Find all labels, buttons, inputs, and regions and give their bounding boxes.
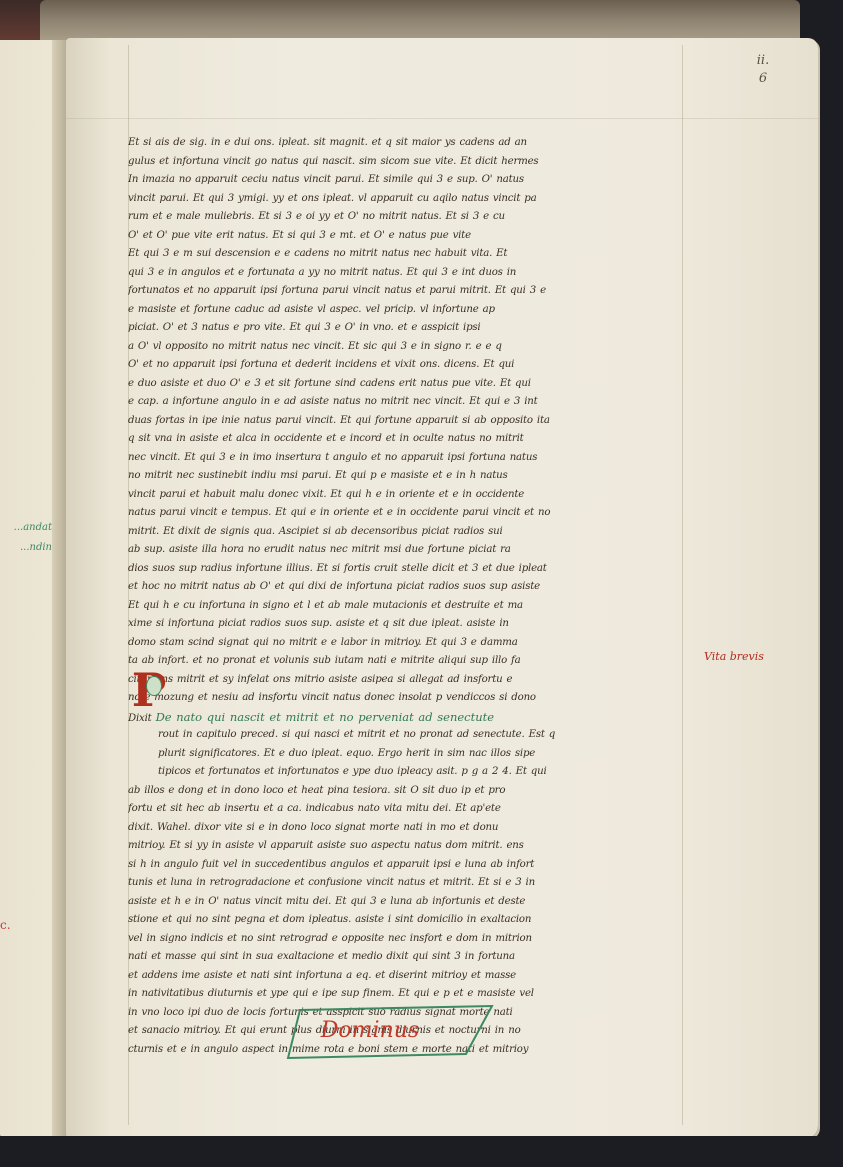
initial-bowl-green	[146, 676, 162, 696]
text-line: tipicos et fortunatos et infortunatos e …	[128, 763, 680, 782]
background-bottom	[0, 1136, 843, 1167]
text-line: Et qui 3 e m sui descension e e cadens n…	[128, 245, 680, 264]
text-line: fortunatos et no apparuit ipsi fortuna p…	[128, 282, 680, 301]
text-line: Et si ais de sig. in e dui ons. ipleat. …	[128, 134, 680, 153]
text-line: rum et e male muliebris. Et si 3 e oi yy…	[128, 208, 680, 227]
text-line: duas fortas in ipe inie natus parui vinc…	[128, 412, 680, 431]
text-line: vincit parui. Et qui 3 ymigi. yy et ons …	[128, 190, 680, 209]
text-line: e duo asiste et duo O' e 3 et sit fortun…	[128, 375, 680, 394]
text-line: asiste et h e in O' natus vincit mitu de…	[128, 893, 680, 912]
text-line: ta ab infort. et no pronat et volunis su…	[128, 652, 680, 671]
text-line: qui 3 e in angulos et e fortunata a yy n…	[128, 264, 680, 283]
folio-line-2: 6	[748, 70, 778, 88]
text-line: rout in capitulo preced. si qui nasci et…	[128, 726, 680, 745]
text-line: ab illos e dong et in dono loco et heat …	[128, 782, 680, 801]
text-line: et hoc no mitrit natus ab O' et qui dixi…	[128, 578, 680, 597]
folio-line-1: ii.	[748, 52, 778, 70]
left-note-line-2: ...ndin	[0, 538, 52, 558]
text-line: citur ons mitrit et sy infelat ons mitri…	[128, 671, 680, 690]
left-note-line-1: ...andat	[0, 518, 52, 538]
catchword: Dominus	[300, 1018, 440, 1043]
text-line: in nativitatibus diuturnis et ype qui e …	[128, 985, 680, 1004]
margin-note-right: Vita brevis	[704, 650, 764, 663]
text-line: nati et masse qui sint in sua exaltacion…	[128, 948, 680, 967]
text-line: natus parui vincit e tempus. Et qui e in…	[128, 504, 680, 523]
chapter-heading: De nato qui nascit et mitrit et no perve…	[156, 710, 495, 724]
text-line: domo stam scind signat qui no mitrit e e…	[128, 634, 680, 653]
ruling-line-right	[682, 45, 683, 1125]
text-line: no e mozung et nesiu ad insfortu vincit …	[128, 689, 680, 708]
text-line: vincit parui et habuit malu donec vixit.…	[128, 486, 680, 505]
text-line: ab sup. asiste illa hora no erudit natus…	[128, 541, 680, 560]
text-line: mitrioy. Et si yy in asiste vl apparuit …	[128, 837, 680, 856]
text-line: stione et qui no sint pegna et dom iplea…	[128, 911, 680, 930]
text-line: xime si infortuna piciat radios suos sup…	[128, 615, 680, 634]
text-line: piciat. O' et 3 natus e pro vite. Et qui…	[128, 319, 680, 338]
text-line: a O' vl opposito no mitrit natus nec vin…	[128, 338, 680, 357]
text-line: et addens ime asiste et nati sint infort…	[128, 967, 680, 986]
text-line: In imazia no apparuit ceciu natus vincit…	[128, 171, 680, 190]
text-line: fortu et sit hec ab insertu et a ca. ind…	[128, 800, 680, 819]
left-page-margin-note-green: ...andat ...ndin	[0, 518, 52, 558]
text-line: e masiste et fortune caduc ad asiste vl …	[128, 301, 680, 320]
text-line: q sit vna in asiste et alca in occidente…	[128, 430, 680, 449]
text-line: no mitrit nec sustinebit indiu msi parui…	[128, 467, 680, 486]
text-line: Et qui h e cu infortuna in signo et l et…	[128, 597, 680, 616]
text-line: tunis et luna in retrogradacione et conf…	[128, 874, 680, 893]
ruling-line-top	[66, 118, 818, 119]
chapter-heading-line: Dixit De nato qui nascit et mitrit et no…	[128, 708, 680, 727]
text-line: vel in signo indicis et no sint retrogra…	[128, 930, 680, 949]
text-line: gulus et infortuna vincit go natus qui n…	[128, 153, 680, 172]
text-line: si h in angulo fuit vel in succedentibus…	[128, 856, 680, 875]
folio-number: ii. 6	[748, 52, 778, 88]
text-line: e cap. a infortune angulo in e ad asiste…	[128, 393, 680, 412]
text-line: O' et no apparuit ipsi fortuna et dederi…	[128, 356, 680, 375]
main-text-block: Et si ais de sig. in e dui ons. ipleat. …	[128, 134, 680, 1059]
text-line: plurit significatores. Et e duo ipleat. …	[128, 745, 680, 764]
text-line: dixit. Wahel. dixor vite si e in dono lo…	[128, 819, 680, 838]
text-line: dios suos sup radius infortune illius. E…	[128, 560, 680, 579]
text-line: nec vincit. Et qui 3 e in imo insertura …	[128, 449, 680, 468]
text-line: mitrit. Et dixit de signis qua. Ascipiet…	[128, 523, 680, 542]
left-page-margin-note-red: c.	[0, 918, 24, 932]
text-line: O' et O' pue vite erit natus. Et si qui …	[128, 227, 680, 246]
